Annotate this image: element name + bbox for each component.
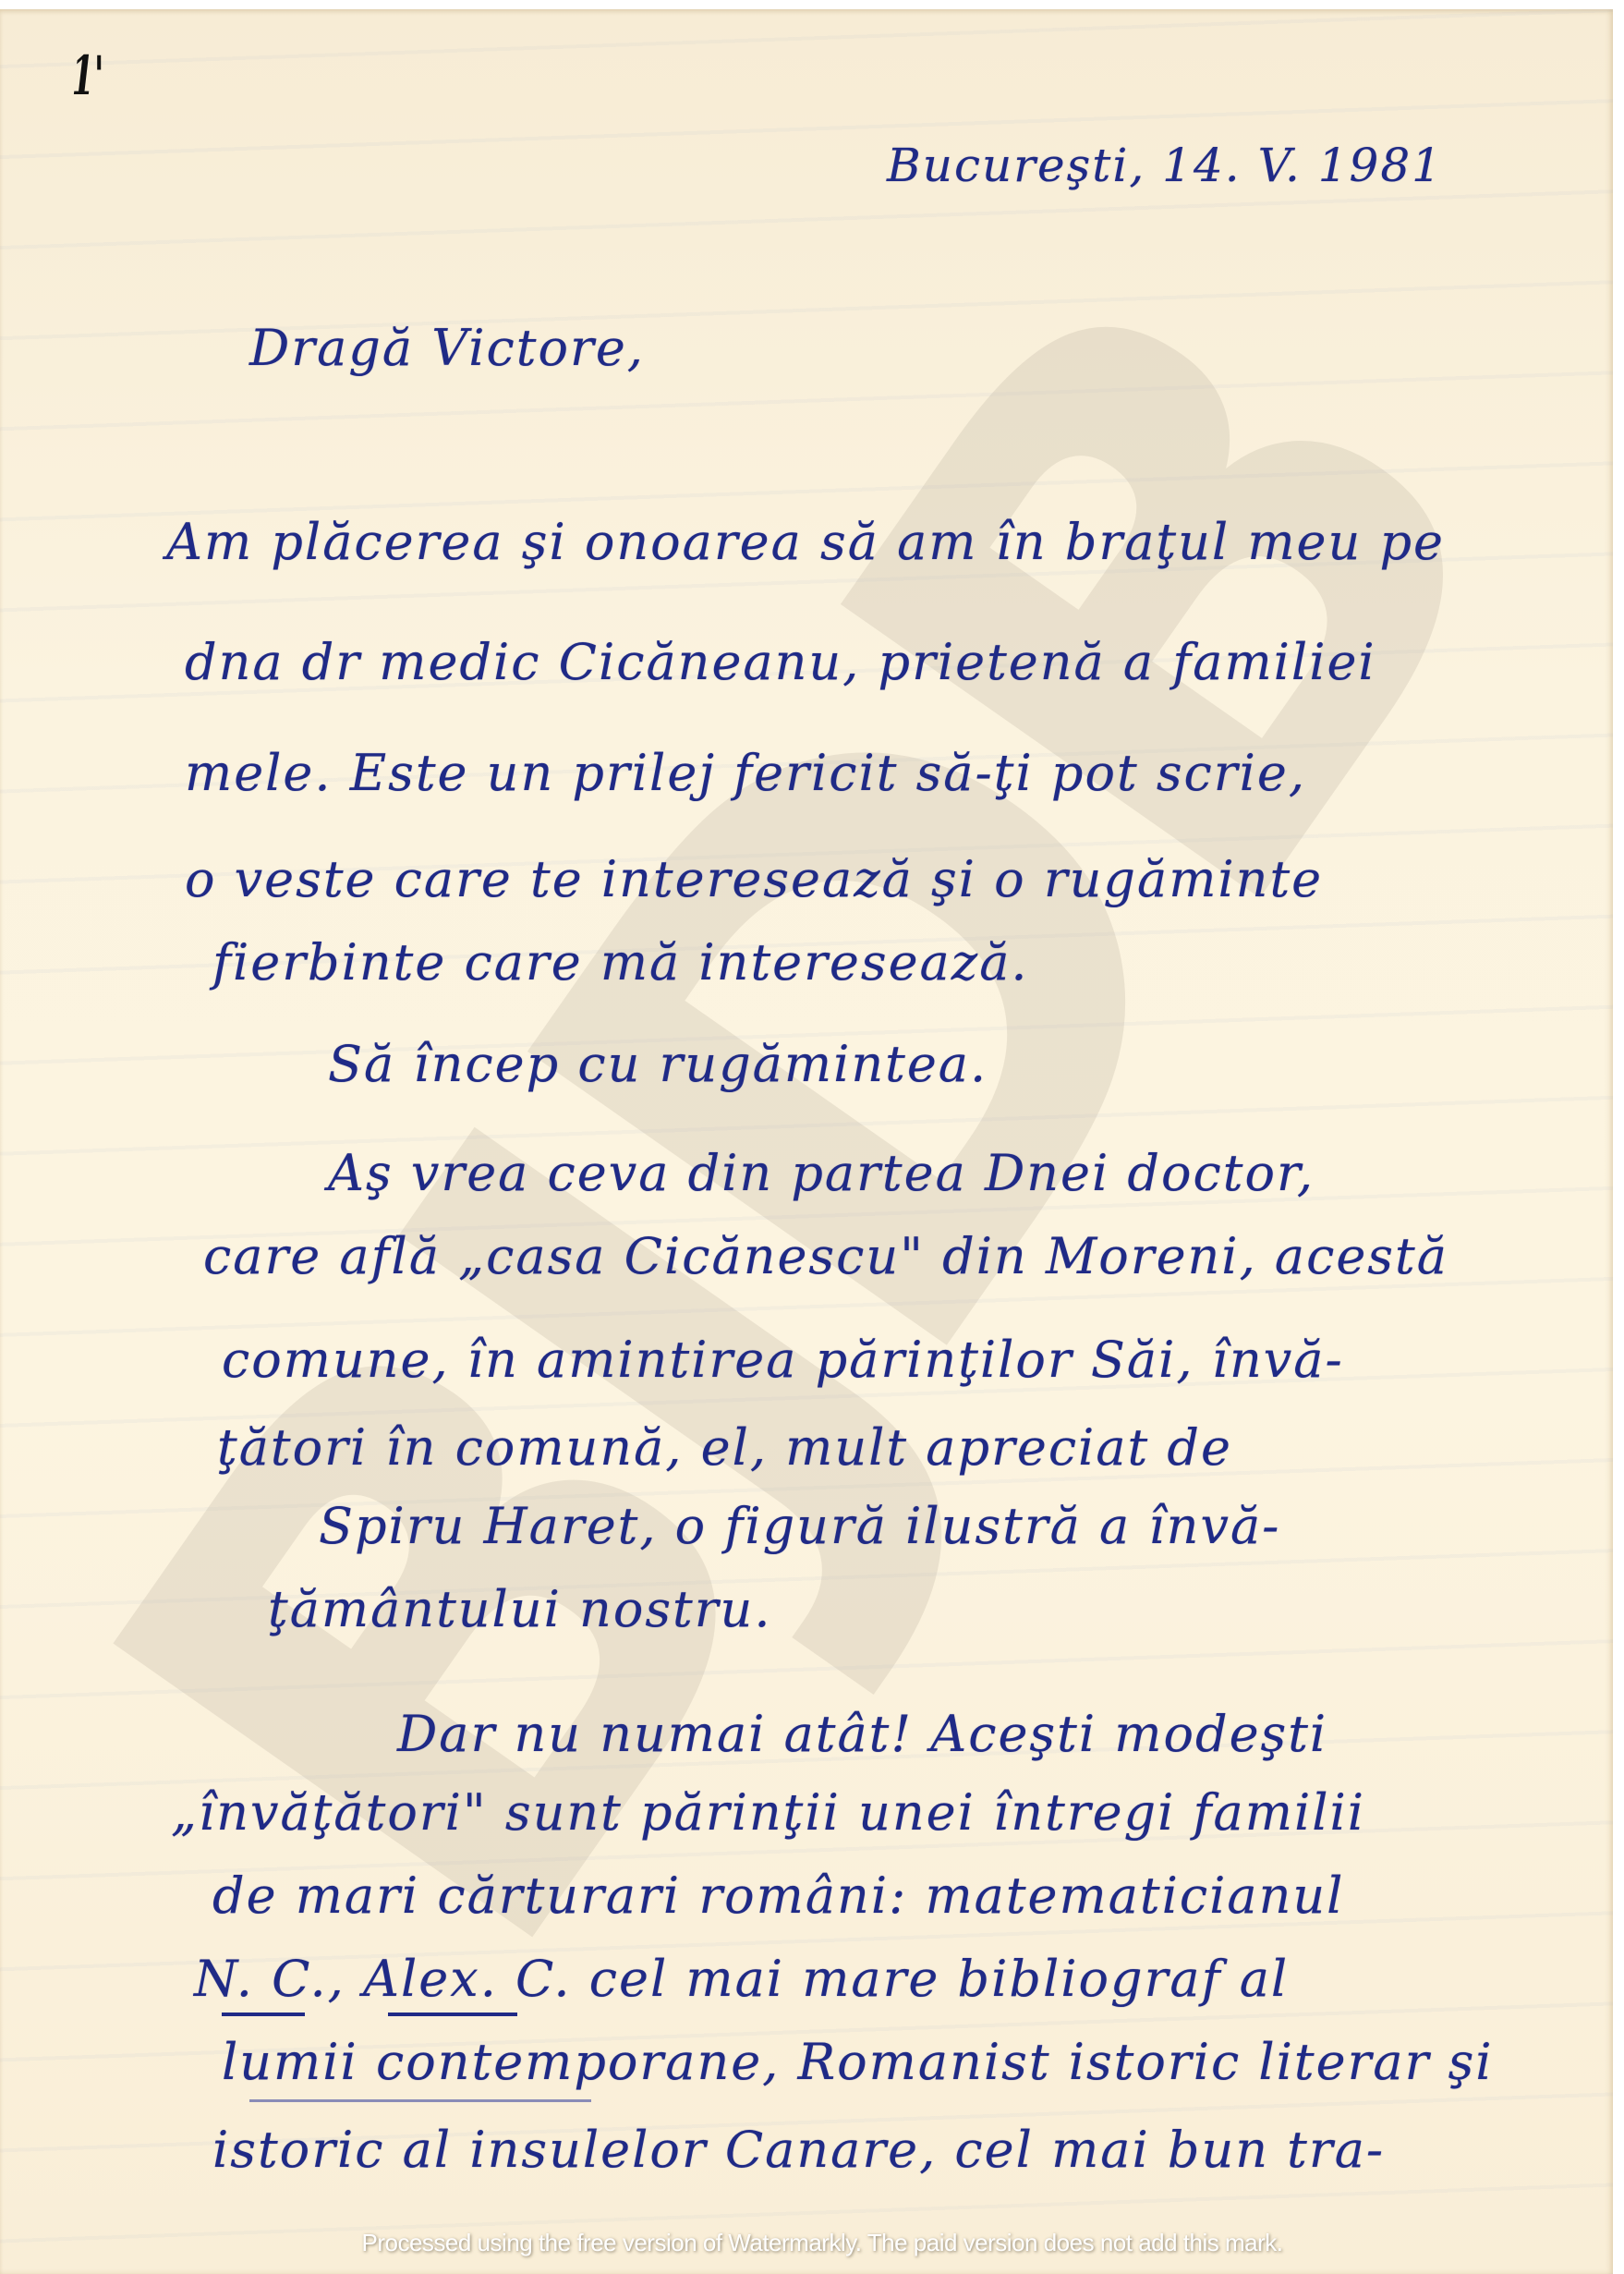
letter-line-16: N. C., Alex. C. cel mai mare bibliograf …: [194, 1950, 1289, 2008]
underline-lumii-contemporane: [249, 2099, 591, 2102]
letter-line-3: mele. Este un prilej fericit să-ţi pot s…: [185, 744, 1306, 802]
page-number-marker: 1': [72, 44, 104, 107]
letter-page: BJDB 1' Bucureşti, 14. V. 1981 Dragă Vic…: [0, 9, 1613, 2274]
watermarkly-footer: Processed using the free version of Wate…: [296, 2229, 1349, 2257]
letter-line-9: comune, în amintirea părinţilor Săi, înv…: [222, 1331, 1344, 1389]
letter-line-2: dna dr medic Cicăneanu, prietenă a famil…: [185, 633, 1376, 691]
letter-line-14: „învăţători" sunt părinţii unei întregi …: [171, 1783, 1365, 1842]
letter-line-17: lumii contemporane, Romanist istoric lit…: [222, 2033, 1494, 2091]
place-date: Bucureşti, 14. V. 1981: [887, 139, 1443, 192]
letter-line-7: Aş vrea ceva din partea Dnei doctor,: [328, 1144, 1315, 1202]
letter-line-1: Am plăcerea şi onoarea să am în braţul m…: [166, 513, 1445, 571]
ink-bleed-through: [0, 9, 1613, 2274]
letter-line-5: fierbinte care mă interesează.: [212, 933, 1029, 991]
underline-nc: [222, 2013, 305, 2016]
letter-line-11: Spiru Haret, o figură ilustră a învă-: [319, 1497, 1280, 1555]
letter-line-6: Să încep cu rugămintea.: [328, 1035, 988, 1093]
letter-line-13: Dar nu numai atât! Aceşti modeşti: [397, 1705, 1327, 1763]
letter-line-10: ţători în comună, el, mult apreciat de: [217, 1418, 1232, 1477]
letter-line-4: o veste care te interesează şi o rugămin…: [185, 850, 1323, 908]
letter-line-12: ţământului nostru.: [268, 1580, 772, 1638]
letter-line-15: de mari cărturari români: matematicianul: [212, 1867, 1344, 1925]
salutation: Dragă Victore,: [249, 319, 645, 377]
letter-line-8: care află „casa Cicănescu" din Moreni, a…: [203, 1227, 1448, 1285]
letter-line-18: istoric al insulelor Canare, cel mai bun…: [212, 2121, 1385, 2179]
bjdb-watermark-logo: BJDB: [92, 359, 1515, 1895]
underline-alex-c: [388, 2013, 517, 2016]
